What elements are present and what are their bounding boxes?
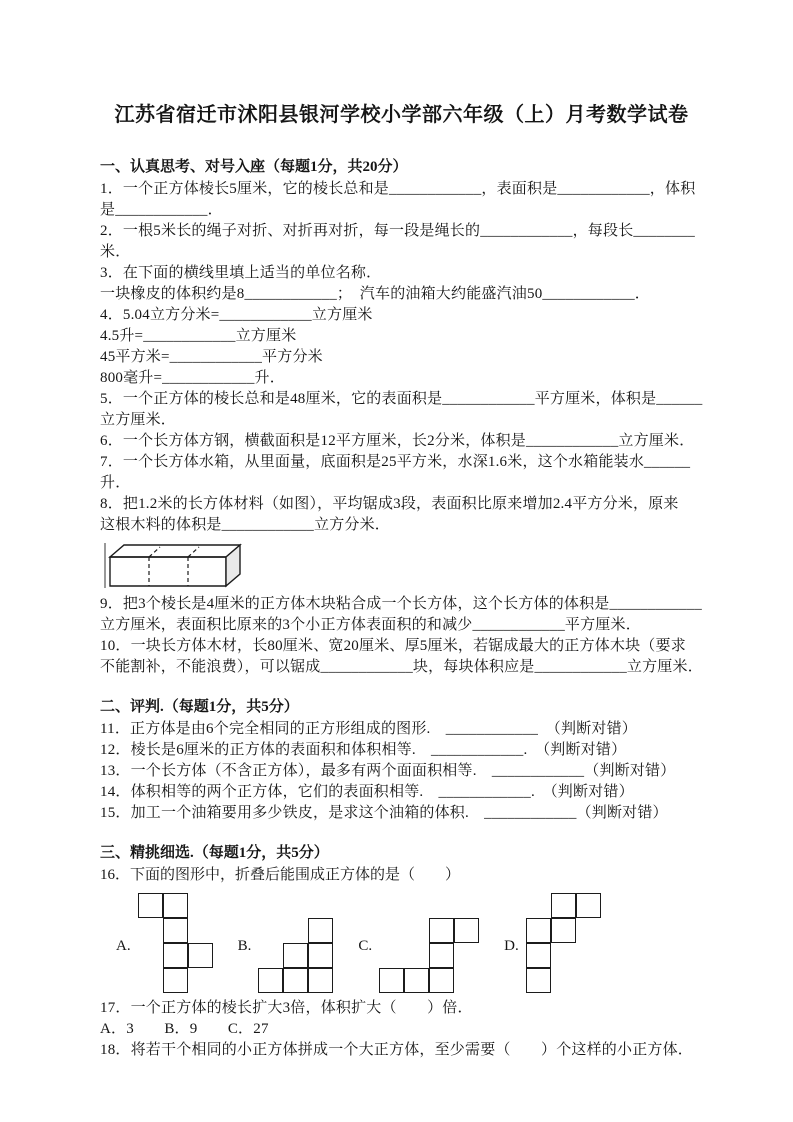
question-16-text: 16．下面的图形中，折叠后能围成正方体的是（ ） xyxy=(100,865,703,886)
net-square xyxy=(429,943,454,968)
section-multiple-choice: 三、精挑细选.（每题1分，共5分） 16．下面的图形中，折叠后能围成正方体的是（… xyxy=(100,841,703,1061)
text-line: 7．一个长方体水箱，从里面量，底面积是25平方米，水深1.6米，这个水箱能装水_… xyxy=(100,452,703,473)
net-square xyxy=(404,968,429,993)
text-line: 米． xyxy=(100,242,703,263)
text-line: 这根木料的体积是____________立方分米． xyxy=(100,515,703,536)
section1-questions-part1: 1．一个正方体棱长5厘米，它的棱长总和是____________，表面积是___… xyxy=(100,179,703,536)
text-line: 8．把1.2米的长方体材料（如图），平均锯成3段，表面积比原来增加2.4平方分米… xyxy=(100,494,703,515)
text-line: 13．一个长方体（不含正方体），最多有两个面面积相等. ____________… xyxy=(100,761,703,782)
page-title: 江苏省宿迁市沭阳县银河学校小学部六年级（上）月考数学试卷 xyxy=(100,98,703,127)
cuboid-figure xyxy=(102,541,703,591)
net-square xyxy=(163,968,188,993)
cube-net-figure-D xyxy=(526,893,602,994)
text-line: 立方厘米，表面积比原来的3个小正方体表面积的和减少____________平方厘… xyxy=(100,615,703,636)
net-option-label: A. xyxy=(116,939,131,954)
text-line: 12．棱长是6厘米的正方体的表面积和体积相等. ____________. （判… xyxy=(100,740,703,761)
text-line: 1．一个正方体棱长5厘米，它的棱长总和是____________，表面积是___… xyxy=(100,179,703,200)
section1-heading: 一、认真思考、对号入座（每题1分，共20分） xyxy=(100,155,703,176)
net-square xyxy=(454,918,479,943)
text-line: 4.5升=____________立方厘米 xyxy=(100,326,703,347)
net-square xyxy=(429,918,454,943)
net-square xyxy=(576,893,601,918)
text-line: 15．加工一个油箱要用多少铁皮，是求这个油箱的体积. ____________（… xyxy=(100,803,703,824)
cube-net-figure-A xyxy=(138,893,214,994)
net-square xyxy=(308,918,333,943)
text-line: 17．一个正方体的棱长扩大3倍，体积扩大（ ）倍． xyxy=(100,998,703,1019)
section-true-false: 二、评判.（每题1分，共5分） 11．正方体是由6个完全相同的正方形组成的图形.… xyxy=(100,695,703,824)
text-line: 立方厘米． xyxy=(100,410,703,431)
text-line: 升． xyxy=(100,473,703,494)
net-square xyxy=(526,968,551,993)
net-option-label: C. xyxy=(358,939,372,954)
text-line: 6．一个长方体方钢，横截面积是12平方厘米，长2分米，体积是__________… xyxy=(100,431,703,452)
net-square xyxy=(163,893,188,918)
text-line: 是____________． xyxy=(100,200,703,221)
text-line: 5．一个正方体的棱长总和是48厘米，它的表面积是____________平方厘米… xyxy=(100,389,703,410)
text-line: 9．把3个棱长是4厘米的正方体木块粘合成一个长方体，这个长方体的体积是_____… xyxy=(100,594,703,615)
net-square xyxy=(308,943,333,968)
section3-questions-after-nets: 17．一个正方体的棱长扩大3倍，体积扩大（ ）倍．A．3 B．9 C．2718．… xyxy=(100,998,703,1061)
section2-questions: 11．正方体是由6个完全相同的正方形组成的图形. ____________ （判… xyxy=(100,719,703,824)
net-square xyxy=(188,943,213,968)
text-line: A．3 B．9 C．27 xyxy=(100,1019,703,1040)
section-fill-in: 一、认真思考、对号入座（每题1分，共20分） 1．一个正方体棱长5厘米，它的棱长… xyxy=(100,155,703,678)
net-square xyxy=(526,943,551,968)
text-line: 4．5.04立方分米=____________立方厘米 xyxy=(100,305,703,326)
cube-net-figure-B xyxy=(258,918,334,994)
cube-net-figure-C xyxy=(379,918,480,994)
net-square xyxy=(283,943,308,968)
net-square xyxy=(163,918,188,943)
net-square xyxy=(258,968,283,993)
net-square xyxy=(308,968,333,993)
net-square xyxy=(526,918,551,943)
net-options: A.B.C.D. xyxy=(116,892,703,994)
text-line: 45平方米=____________平方分米 xyxy=(100,347,703,368)
text-line: 18．将若干个相同的小正方体拼成一个大正方体，至少需要（ ）个这样的小正方体． xyxy=(100,1040,703,1061)
text-line: 2．一根5米长的绳子对折、对折再对折，每一段是绳长的____________，每… xyxy=(100,221,703,242)
text-line: 一块橡皮的体积约是8____________； 汽车的油箱大约能盛汽油50___… xyxy=(100,284,703,305)
cuboid-sawn-into-3-icon xyxy=(102,541,252,591)
section3-heading: 三、精挑细选.（每题1分，共5分） xyxy=(100,841,703,862)
net-square xyxy=(429,968,454,993)
text-line: 14．体积相等的两个正方体，它们的表面积相等. ____________. （判… xyxy=(100,782,703,803)
net-square xyxy=(283,968,308,993)
text-line: 3．在下面的横线里填上适当的单位名称． xyxy=(100,263,703,284)
net-square xyxy=(163,943,188,968)
net-square xyxy=(551,918,576,943)
net-square xyxy=(551,893,576,918)
exam-page: 江苏省宿迁市沭阳县银河学校小学部六年级（上）月考数学试卷 一、认真思考、对号入座… xyxy=(0,0,793,1122)
text-line: 10．一块长方体木材，长80厘米、宽20厘米、厚5厘米，若锯成最大的正方体木块（… xyxy=(100,636,703,657)
text-line: 不能割补，不能浪费），可以锯成____________块，每块体积应是_____… xyxy=(100,657,703,678)
section2-heading: 二、评判.（每题1分，共5分） xyxy=(100,695,703,716)
text-line: 11．正方体是由6个完全相同的正方形组成的图形. ____________ （判… xyxy=(100,719,703,740)
text-line: 800毫升=____________升． xyxy=(100,368,703,389)
net-square xyxy=(379,968,404,993)
net-square xyxy=(138,893,163,918)
net-option-label: B. xyxy=(238,939,252,954)
net-option-label: D. xyxy=(504,939,519,954)
section1-questions-part2: 9．把3个棱长是4厘米的正方体木块粘合成一个长方体，这个长方体的体积是_____… xyxy=(100,594,703,678)
